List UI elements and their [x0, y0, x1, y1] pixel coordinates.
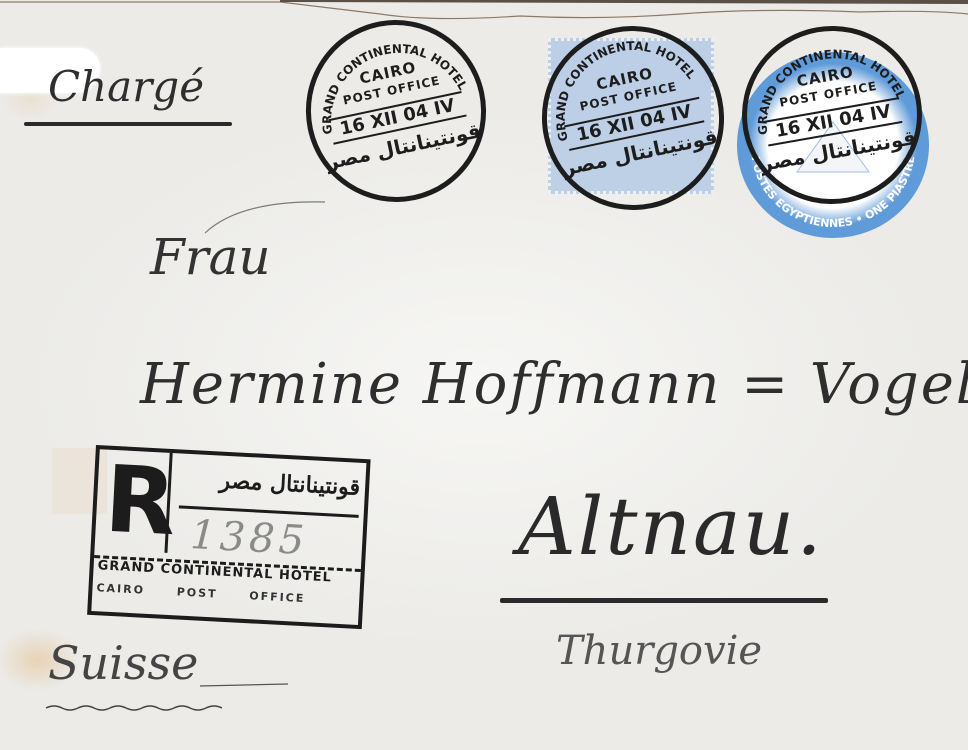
charge-underline: [24, 122, 232, 126]
envelope: Chargé GRAND CONTINENTAL HOTEL CAIRO POS…: [0, 0, 968, 750]
registration-office-line: CAIRO POST OFFICE: [96, 581, 359, 608]
registration-cachet: R قونتينانتال مصر 1385 GRAND CONTINENTAL…: [87, 445, 371, 629]
charge-annotation: Chargé: [48, 62, 204, 111]
town-underline: [500, 598, 828, 603]
country-tail: [200, 680, 290, 690]
country-underline: [44, 700, 224, 714]
registration-letter: R: [103, 450, 173, 553]
salutation-flourish: [200, 198, 330, 238]
postmark-3: GRAND CONTINENTAL HOTEL CAIRO POST OFFIC…: [728, 12, 936, 219]
postmark-1: GRAND CONTINENTAL HOTEL CAIRO POST OFFIC…: [289, 3, 503, 218]
destination-town: Altnau.: [518, 480, 824, 573]
destination-canton: Thurgovie: [556, 628, 762, 674]
registration-arabic: قونتينانتال مصر: [179, 465, 361, 517]
registration-number: 1385: [189, 512, 309, 564]
recipient-name: Hermine Hoffmann = Vogel: [140, 352, 968, 417]
destination-country: Suisse: [48, 636, 198, 690]
